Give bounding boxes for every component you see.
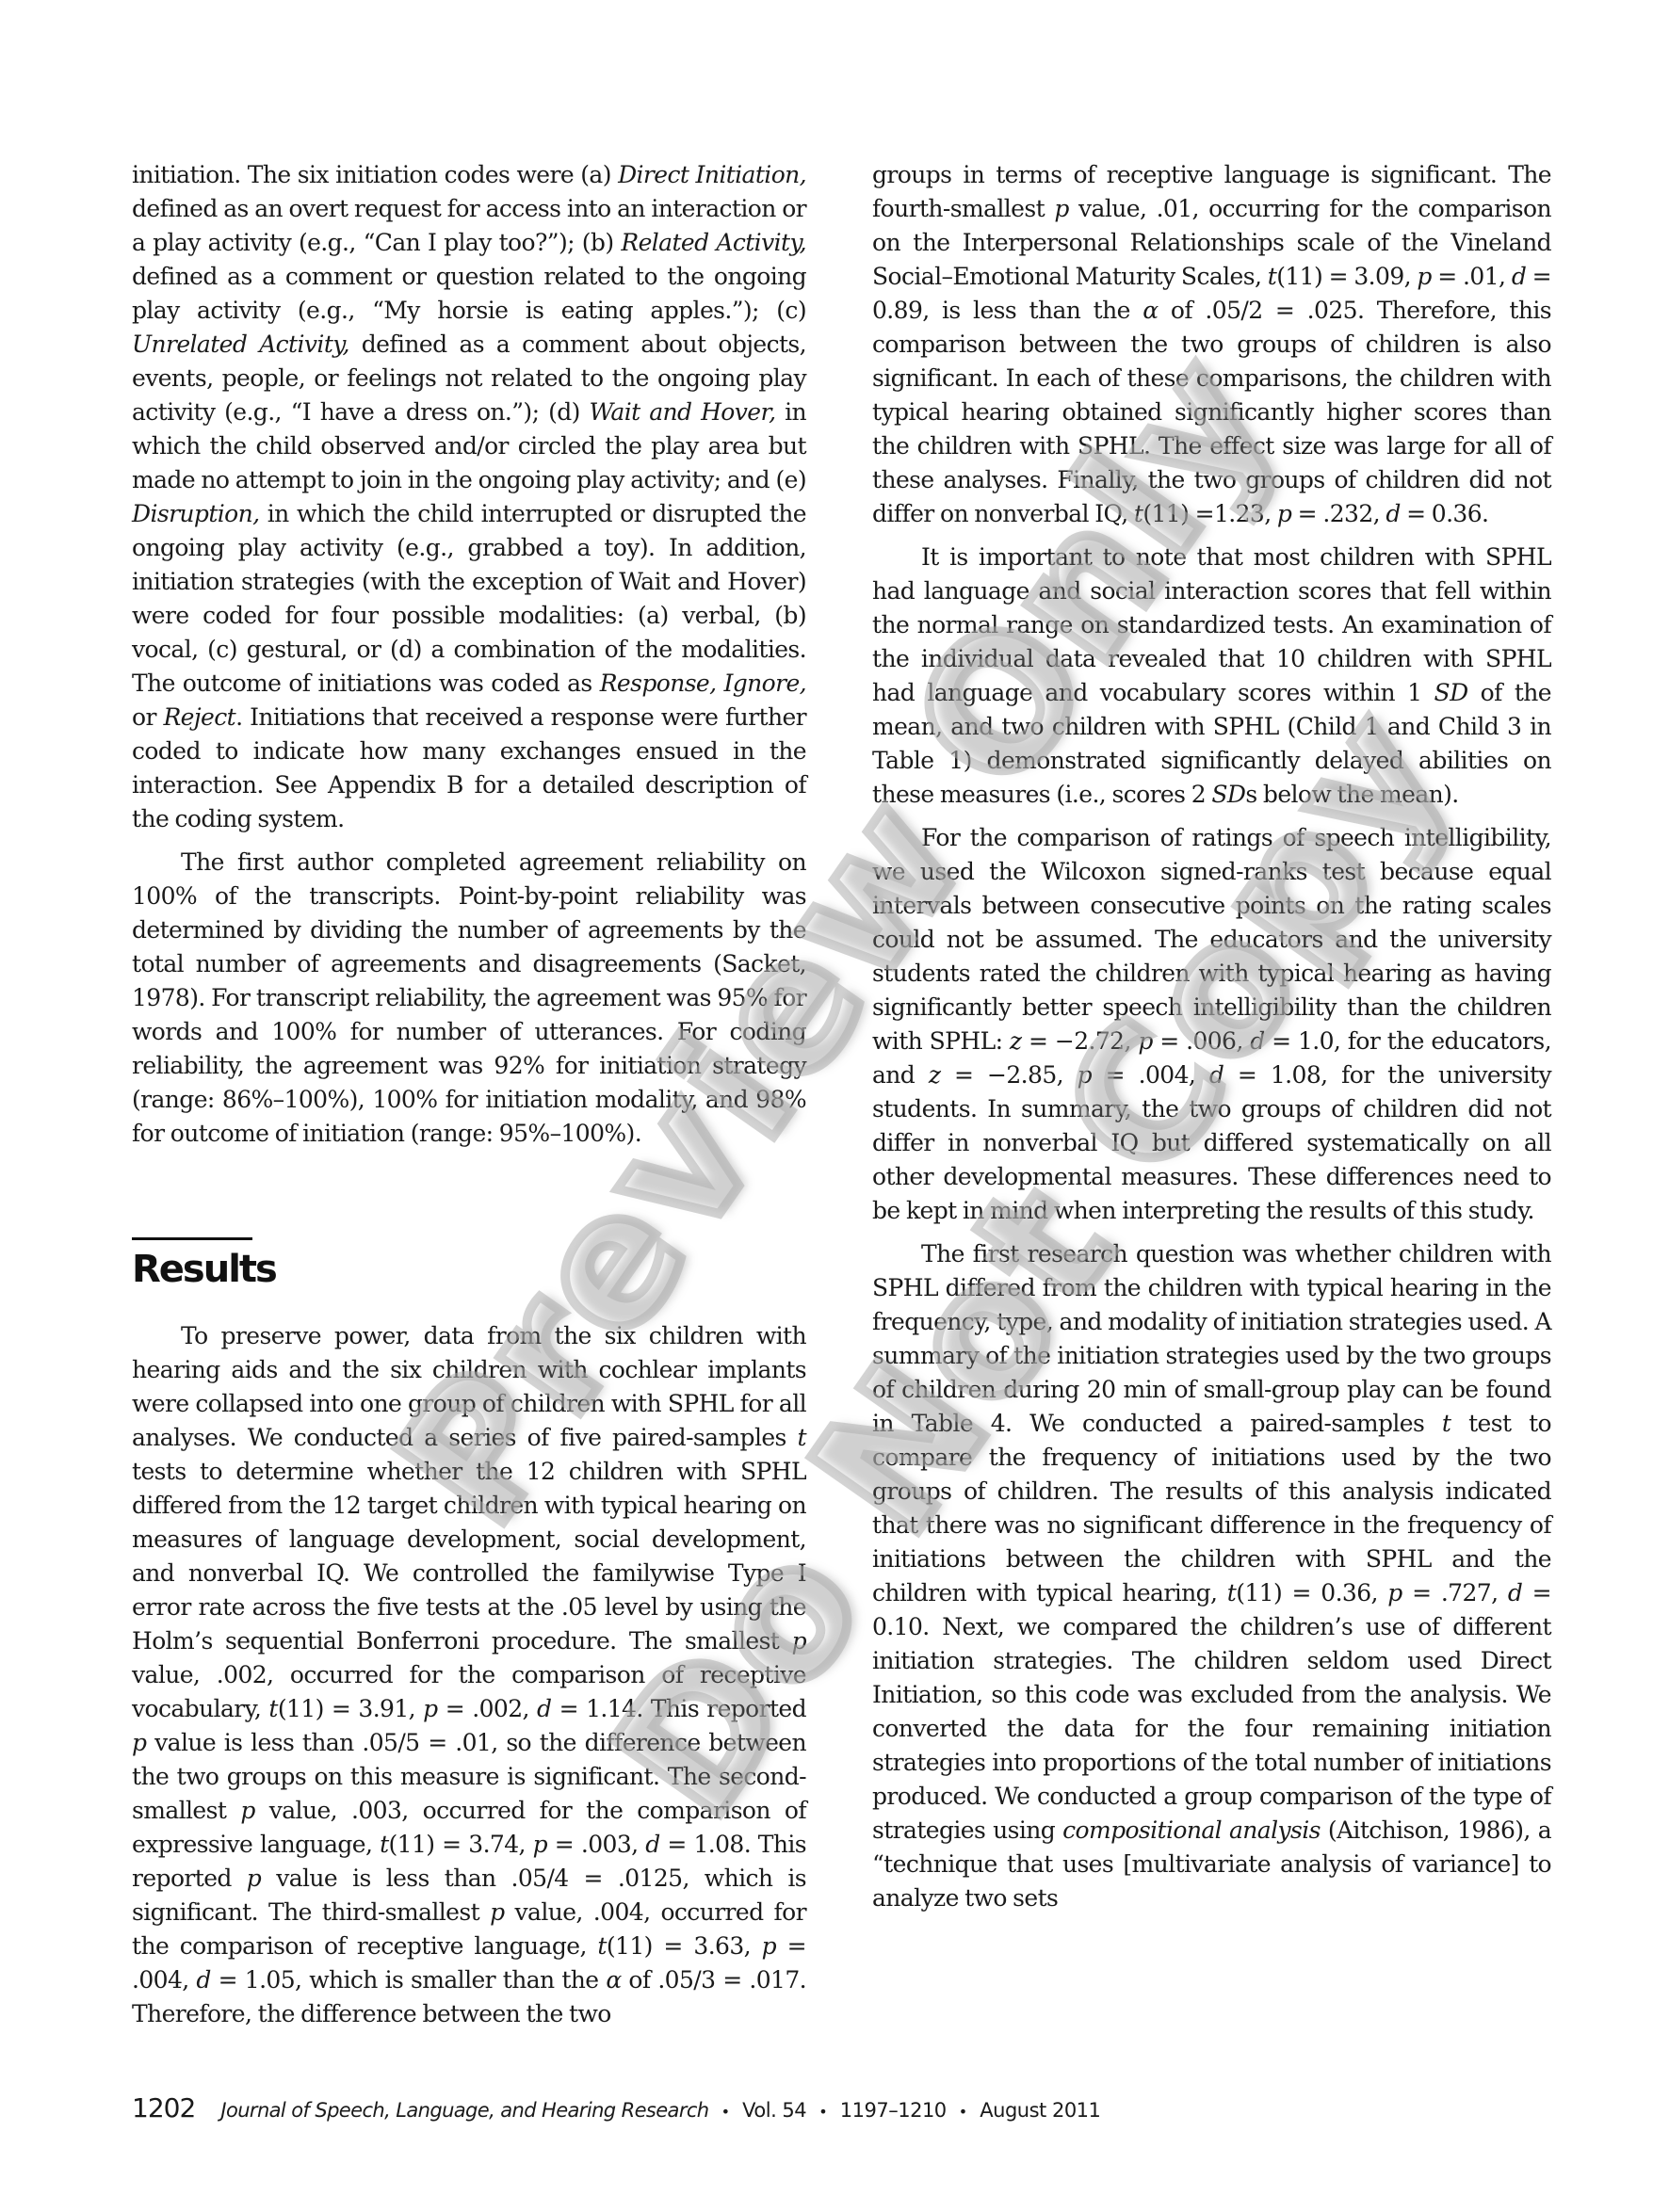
text-run: in which the child interrupted or disrup…	[132, 500, 806, 697]
italic-text: d	[537, 1695, 551, 1722]
issue-date: August 2011	[980, 2099, 1100, 2122]
results-paragraphs: To preserve power, data from the six chi…	[132, 1319, 806, 2031]
text-run: s below the mean).	[1245, 781, 1458, 808]
italic-text: t	[798, 1424, 806, 1451]
page-footer: 1202 Journal of Speech, Language, and He…	[132, 2092, 1100, 2123]
text-run: = 1.05, which is smaller than the	[211, 1966, 606, 1994]
text-run: = 0.10. Next, we compared the children’s…	[872, 1579, 1551, 1844]
text-run: defined as a comment or question related…	[132, 263, 806, 324]
italic-text: p	[1054, 195, 1068, 222]
italic-text: p	[247, 1865, 261, 1892]
text-run: = .232,	[1291, 500, 1386, 527]
text-run: or	[132, 703, 163, 731]
text-run: = 1.14. This reported	[551, 1695, 806, 1722]
text-run: To preserve power, data from the six chi…	[132, 1322, 806, 1451]
italic-text: d	[1209, 1061, 1224, 1089]
italic-text: Response, Ignore,	[600, 670, 806, 697]
text-run: (11) = 3.91,	[278, 1695, 423, 1722]
text-run: The first research question was whether …	[872, 1240, 1551, 1437]
text-run: = .002,	[438, 1695, 537, 1722]
text-run: initiation. The six initiation codes wer…	[132, 161, 618, 188]
body-paragraph: The first author completed agreement rel…	[132, 846, 806, 1151]
page-range: 1197–1210	[840, 2099, 947, 2122]
text-run: = .727,	[1402, 1579, 1508, 1607]
right-column: groups in terms of receptive language is…	[872, 158, 1551, 1915]
body-paragraph: It is important to note that most childr…	[872, 541, 1551, 812]
italic-text: d	[645, 1831, 659, 1858]
italic-text: d	[1512, 263, 1526, 290]
italic-text: t	[1268, 263, 1276, 290]
text-run: = .003,	[547, 1831, 645, 1858]
text-run: (11) = 3.74,	[389, 1831, 533, 1858]
italic-text: p	[762, 1932, 776, 1960]
document-page: initiation. The six initiation codes wer…	[0, 0, 1653, 2212]
text-run: = .004,	[1092, 1061, 1209, 1089]
italic-text: t	[597, 1932, 606, 1960]
italic-text: p	[1078, 1061, 1092, 1089]
italic-text: SD	[1434, 679, 1468, 706]
italic-text: d	[1386, 500, 1400, 527]
italic-text: p	[490, 1898, 504, 1926]
italic-text: Wait and Hover,	[589, 398, 775, 426]
results-section: Results To preserve power, data from the…	[132, 1237, 806, 2031]
italic-text: p	[1387, 1579, 1402, 1607]
italic-text: Related Activity,	[621, 229, 806, 256]
body-paragraph: groups in terms of receptive language is…	[872, 158, 1551, 531]
italic-text: p	[132, 1729, 146, 1756]
italic-text: p	[792, 1627, 806, 1655]
italic-text: p	[423, 1695, 437, 1722]
text-run: = .01,	[1432, 263, 1512, 290]
italic-text: Reject	[163, 703, 235, 731]
italic-text: z	[929, 1061, 941, 1089]
text-run: The first author completed agreement rel…	[132, 848, 806, 1147]
journal-title: Journal of Speech, Language, and Hearing…	[220, 2099, 708, 2122]
body-paragraph: initiation. The six initiation codes wer…	[132, 158, 806, 836]
text-run: tests to determine whether the 12 childr…	[132, 1458, 806, 1655]
body-paragraph: The first research question was whether …	[872, 1237, 1551, 1915]
italic-text: p	[1277, 500, 1291, 527]
bullet-separator: •	[721, 2103, 730, 2121]
italic-text: d	[1508, 1579, 1522, 1607]
italic-text: t	[268, 1695, 277, 1722]
italic-text: d	[1250, 1027, 1264, 1055]
bullet-separator: •	[959, 2103, 967, 2121]
italic-text: z	[1010, 1027, 1022, 1055]
italic-text: Unrelated Activity,	[132, 331, 349, 358]
italic-text: p	[240, 1797, 254, 1824]
italic-text: SD	[1211, 781, 1245, 808]
italic-text: p	[1417, 263, 1431, 290]
bullet-separator: •	[818, 2103, 827, 2121]
text-run: test to compare the frequency of initiat…	[872, 1410, 1551, 1607]
italic-text: α	[606, 1966, 621, 1994]
text-run: (11) = 3.63,	[607, 1932, 762, 1960]
italic-text: t	[380, 1831, 388, 1858]
italic-text: Direct Initiation,	[618, 161, 806, 188]
italic-text: compositional analysis	[1062, 1816, 1321, 1844]
text-run: = .006,	[1153, 1027, 1250, 1055]
volume: Vol. 54	[742, 2099, 806, 2122]
page-number: 1202	[132, 2092, 195, 2123]
text-run: (11) = 3.09,	[1276, 263, 1417, 290]
text-run: (11) =1.23,	[1143, 500, 1277, 527]
italic-text: t	[1134, 500, 1143, 527]
text-run: = −2.85,	[940, 1061, 1077, 1089]
italic-text: t	[1227, 1579, 1236, 1607]
right-paragraphs: groups in terms of receptive language is…	[872, 158, 1551, 1915]
text-run: = −2.72,	[1022, 1027, 1139, 1055]
text-run: (11) = 0.36,	[1236, 1579, 1387, 1607]
italic-text: d	[196, 1966, 210, 1994]
body-paragraph: For the comparison of ratings of speech …	[872, 821, 1551, 1228]
left-paragraphs: initiation. The six initiation codes wer…	[132, 158, 806, 1151]
italic-text: t	[1442, 1410, 1450, 1437]
italic-text: α	[1143, 297, 1158, 324]
italic-text: p	[1138, 1027, 1152, 1055]
text-run: of .05/2 = .025. Therefore, this compari…	[872, 297, 1551, 527]
italic-text: p	[533, 1831, 547, 1858]
text-run: For the comparison of ratings of speech …	[872, 824, 1551, 1055]
left-column: initiation. The six initiation codes wer…	[132, 158, 806, 2031]
italic-text: Disruption,	[132, 500, 259, 527]
body-paragraph: To preserve power, data from the six chi…	[132, 1319, 806, 2031]
section-heading-results: Results	[132, 1248, 806, 1291]
text-run: = 0.36.	[1401, 500, 1489, 527]
section-rule	[132, 1237, 252, 1240]
